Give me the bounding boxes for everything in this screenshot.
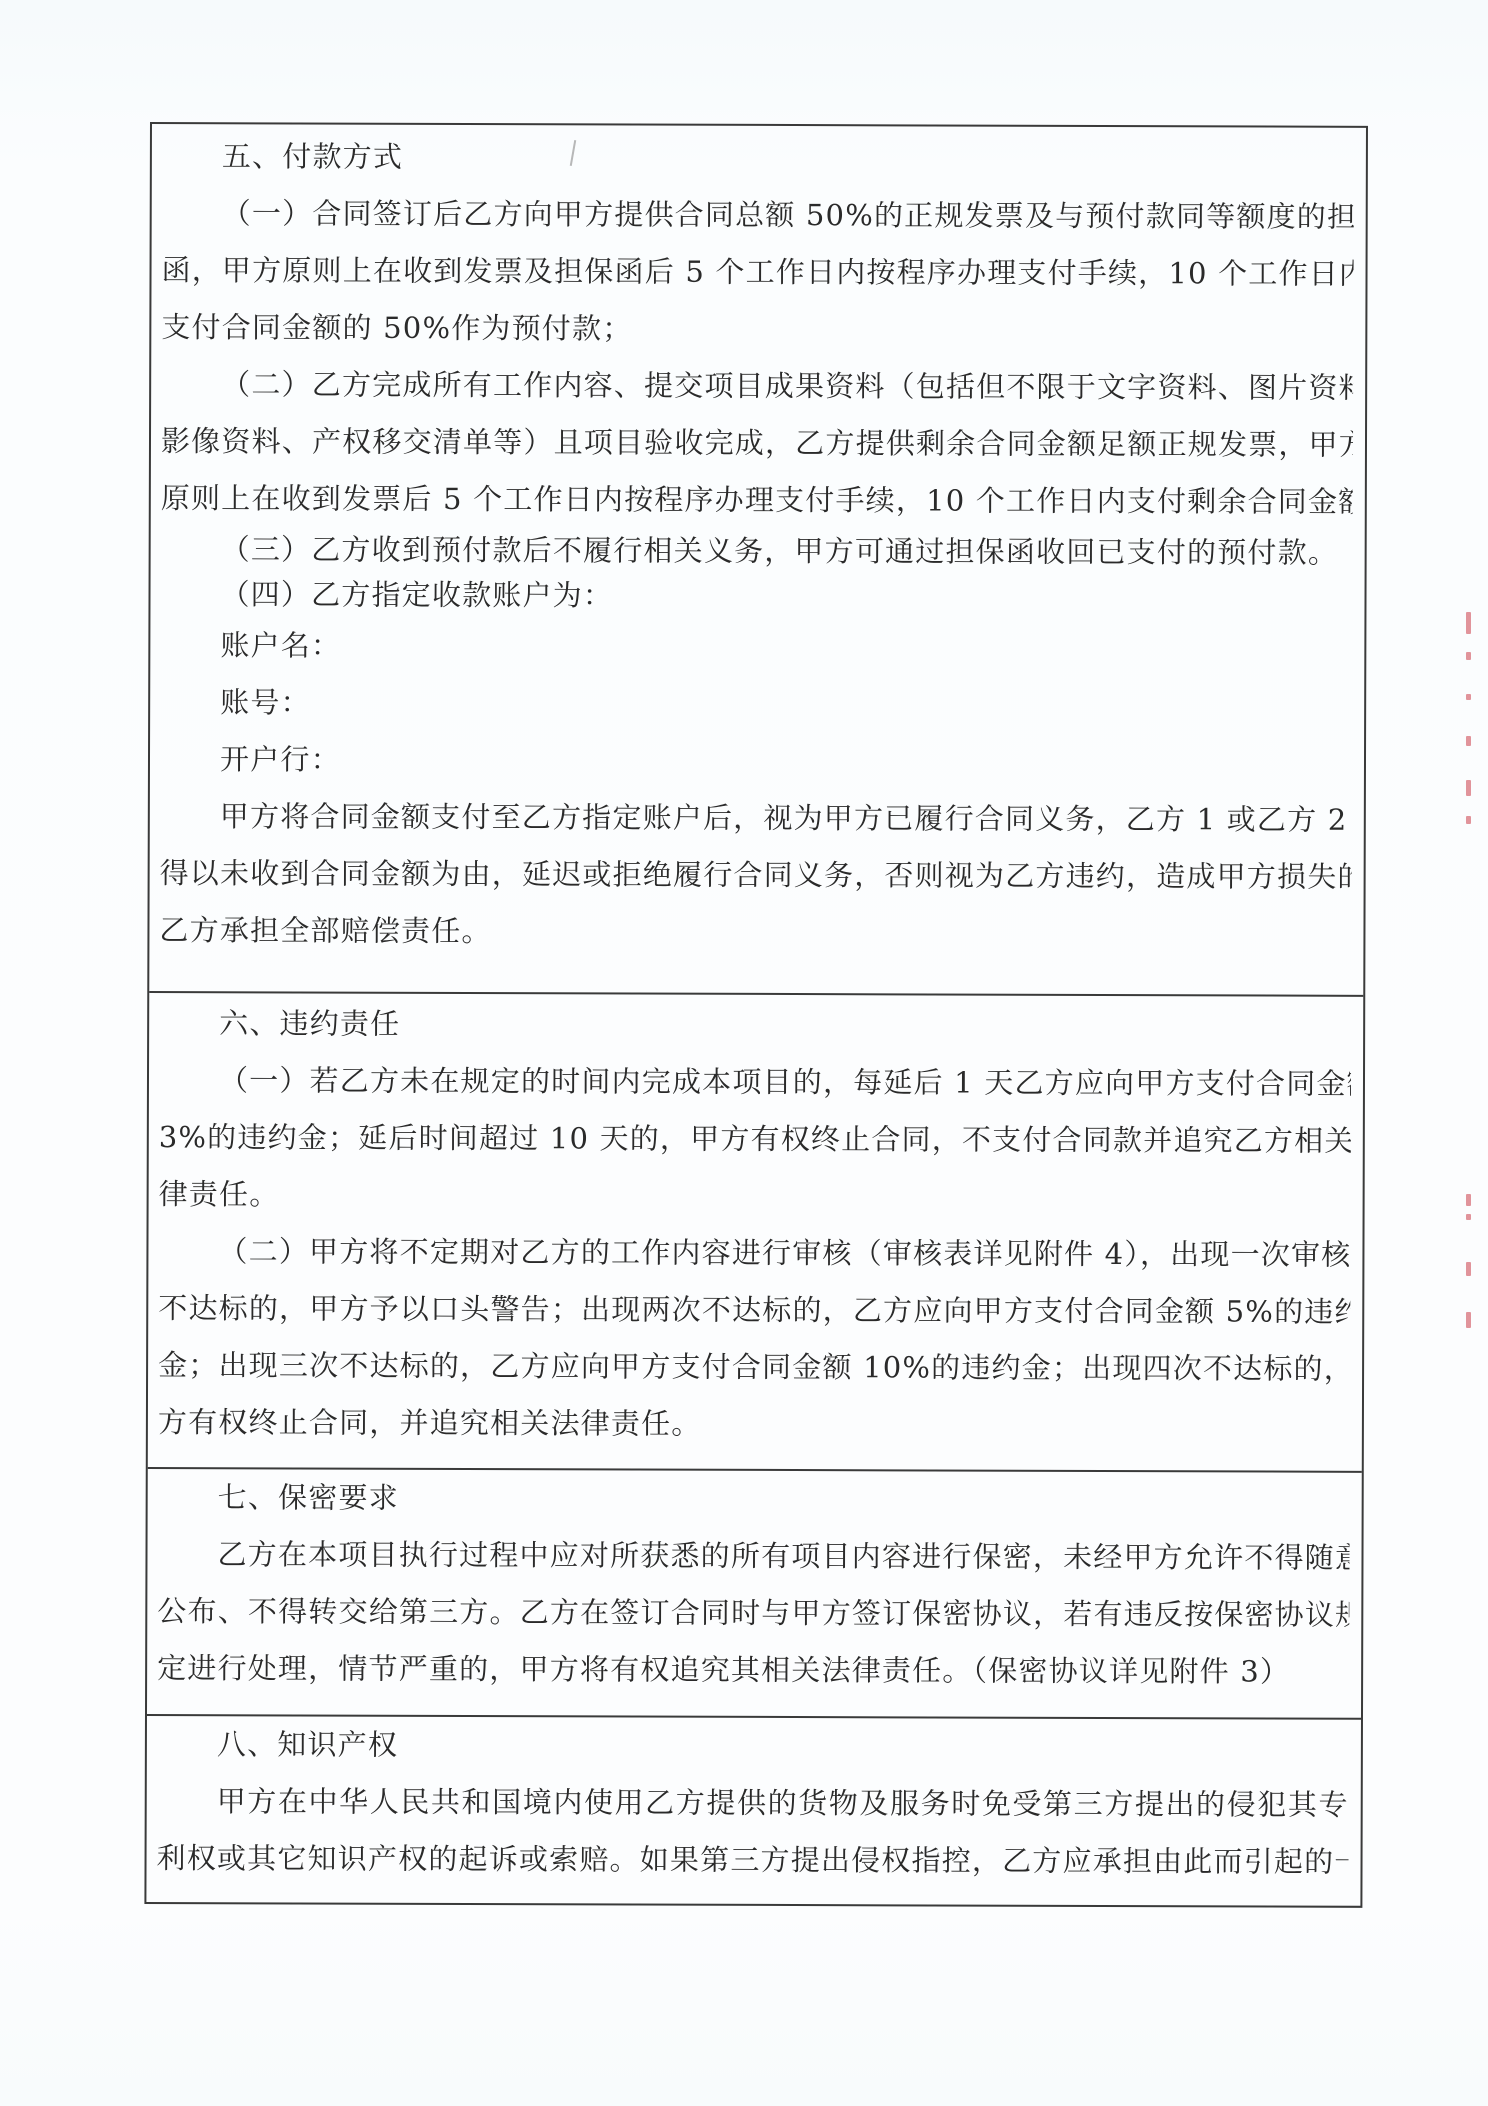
clause-line: 原则上在收到发票后 5 个工作日内按程序办理支付手续，10 个工作日内支付剩余合… xyxy=(161,470,1353,531)
bank-label: 开户行： xyxy=(160,731,1352,792)
section-heading: 五、付款方式 xyxy=(162,128,1354,189)
clause-line: 公布、不得转交给第三方。乙方在签订合同时与甲方签订保密协议，若有违反按保密协议规 xyxy=(157,1583,1349,1644)
account-name-label: 账户名： xyxy=(160,617,1352,678)
clause-line: 支付合同金额的 50%作为预付款； xyxy=(161,299,1353,360)
clause-line: 定进行处理，情节严重的，甲方将有权追究其相关法律责任。（保密协议详见附件 3） xyxy=(157,1640,1349,1701)
clause-line: 不达标的，甲方予以口头警告；出现两次不达标的，乙方应向甲方支付合同金额 5%的违… xyxy=(158,1280,1350,1341)
clause-line: 利权或其它知识产权的起诉或索赔。如果第三方提出侵权指控，乙方应承担由此而引起的一 xyxy=(156,1830,1348,1891)
seal-mark-icon xyxy=(1466,736,1471,746)
seal-mark-icon xyxy=(1466,1214,1471,1220)
clause-line: 甲方在中华人民共和国境内使用乙方提供的货物及服务时免受第三方提出的侵犯其专 xyxy=(157,1773,1349,1834)
seal-mark-icon xyxy=(1466,1194,1471,1206)
clause-line: 乙方在本项目执行过程中应对所获悉的所有项目内容进行保密，未经甲方允许不得随意 xyxy=(157,1526,1349,1587)
seal-mark-icon xyxy=(1466,1262,1471,1276)
section-heading: 六、违约责任 xyxy=(159,995,1351,1056)
clause-line: 方有权终止合同，并追究相关法律责任。 xyxy=(158,1394,1350,1455)
clause-line: 乙方承担全部赔偿责任。 xyxy=(159,902,1351,963)
section-payment-terms: 五、付款方式 （一）合同签订后乙方向甲方提供合同总额 50%的正规发票及与预付款… xyxy=(149,124,1366,997)
clause-line: （一）若乙方未在规定的时间内完成本项目的，每延后 1 天乙方应向甲方支付合同金额 xyxy=(159,1052,1351,1113)
section-heading: 八、知识产权 xyxy=(157,1716,1349,1777)
section-confidentiality: 七、保密要求 乙方在本项目执行过程中应对所获悉的所有项目内容进行保密，未经甲方允… xyxy=(147,1469,1362,1720)
clause-line: 律责任。 xyxy=(159,1166,1351,1227)
clause-line: 得以未收到合同金额为由，延迟或拒绝履行合同义务，否则视为乙方违约，造成甲方损失的… xyxy=(160,845,1352,906)
seal-mark-icon xyxy=(1466,780,1471,796)
seal-mark-icon xyxy=(1466,612,1471,634)
seal-mark-icon xyxy=(1466,652,1471,660)
clause-line: 甲方将合同金额支付至乙方指定账户后，视为甲方已履行合同义务，乙方 1 或乙方 2… xyxy=(160,788,1352,849)
clause-line: （二）乙方完成所有工作内容、提交项目成果资料（包括但不限于文字资料、图片资料、 xyxy=(161,356,1353,417)
seal-mark-icon xyxy=(1466,816,1471,824)
contract-table: 五、付款方式 （一）合同签订后乙方向甲方提供合同总额 50%的正规发票及与预付款… xyxy=(144,122,1368,1908)
clause-line: 影像资料、产权移交清单等）且项目验收完成，乙方提供剩余合同金额足额正规发票，甲方 xyxy=(161,413,1353,474)
clause-line: （四）乙方指定收款账户为： xyxy=(160,572,1352,621)
section-intellectual-property: 八、知识产权 甲方在中华人民共和国境内使用乙方提供的货物及服务时免受第三方提出的… xyxy=(146,1716,1361,1906)
account-number-label: 账号： xyxy=(160,674,1352,735)
clause-line: 金；出现三次不达标的，乙方应向甲方支付合同金额 10%的违约金；出现四次不达标的… xyxy=(158,1337,1350,1398)
clause-line: （二）甲方将不定期对乙方的工作内容进行审核（审核表详见附件 4），出现一次审核 xyxy=(158,1223,1350,1284)
seal-mark-icon xyxy=(1466,694,1471,700)
clause-line: 3%的违约金；延后时间超过 10 天的，甲方有权终止合同，不支付合同款并追究乙方… xyxy=(159,1109,1351,1170)
clause-line: （三）乙方收到预付款后不履行相关义务，甲方可通过担保函收回已支付的预付款。 xyxy=(161,527,1353,576)
clause-line: 函，甲方原则上在收到发票及担保函后 5 个工作日内按程序办理支付手续，10 个工… xyxy=(161,242,1353,303)
section-liability: 六、违约责任 （一）若乙方未在规定的时间内完成本项目的，每延后 1 天乙方应向甲… xyxy=(148,993,1363,1473)
section-heading: 七、保密要求 xyxy=(158,1469,1350,1530)
seal-mark-icon xyxy=(1466,1312,1471,1328)
clause-line: （一）合同签订后乙方向甲方提供合同总额 50%的正规发票及与预付款同等额度的担保 xyxy=(162,185,1354,246)
